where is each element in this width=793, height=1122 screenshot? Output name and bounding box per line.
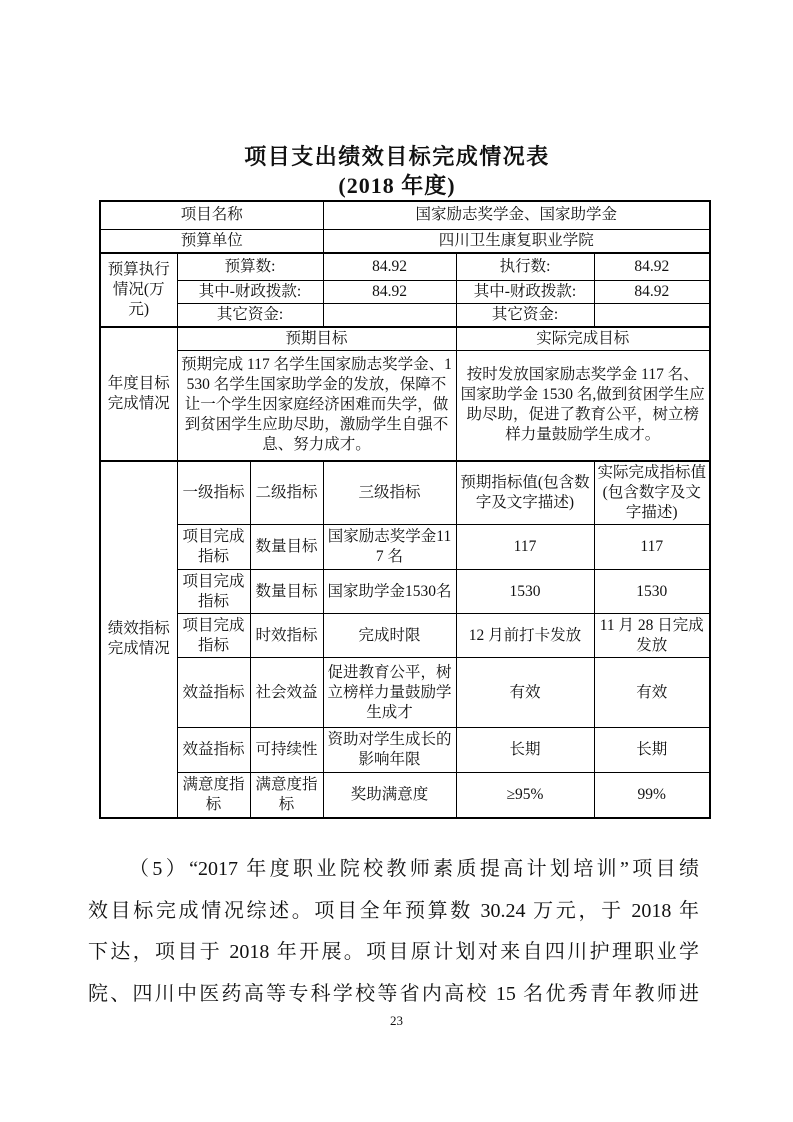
fiscal-right-value-cell: 84.92 [594,281,710,304]
indicator-expected-cell: 117 [456,525,594,570]
row-budget-2: 其中-财政拨款: 84.92 其中-财政拨款: 84.92 [100,281,710,304]
row-budget-1: 预算执行情况(万元) 预算数: 84.92 执行数: 84.92 [100,253,710,281]
indicator-l3-cell: 促进教育公平，树立榜样力量鼓励学生成才 [323,658,456,728]
actual-goal-header-cell: 实际完成目标 [456,327,710,351]
paragraph-line: 下达，项目于 2018 年开展。项目原计划对来自四川护理职业学 [88,932,699,974]
indicator-l2-cell: 数量目标 [250,570,323,614]
indicator-actual-cell: 1530 [594,570,710,614]
header-level1-cell: 一级指标 [177,461,250,525]
other-funds-left-label-cell: 其它资金: [177,304,323,328]
indicator-expected-cell: ≥95% [456,773,594,818]
indicator-l1-cell: 满意度指标 [177,773,250,818]
annual-goal-label-cell: 年度目标完成情况 [100,327,177,461]
indicator-actual-cell: 99% [594,773,710,818]
other-funds-left-value-cell [323,304,456,328]
paragraph-line: （5）“2017 年度职业院校教师素质提高计划培训”项目绩 [88,849,699,891]
row-goal-headers: 年度目标完成情况 预期目标 实际完成目标 [100,327,710,351]
indicator-l2-cell: 可持续性 [250,728,323,773]
other-funds-right-label-cell: 其它资金: [456,304,594,328]
indicator-row: 效益指标 可持续性 资助对学生成长的影响年限 长期 长期 [100,728,710,773]
indicator-l3-cell: 完成时限 [323,614,456,658]
indicator-actual-cell: 长期 [594,728,710,773]
indicator-row: 项目完成指标 时效指标 完成时限 12 月前打卡发放 11 月 28 日完成发放 [100,614,710,658]
indicator-l1-cell: 效益指标 [177,658,250,728]
actual-goal-text-cell: 按时发放国家励志奖学金 117 名、国家助学金 1530 名,做到贫困学生应助尽… [456,351,710,461]
indicator-l3-cell: 国家助学金1530名 [323,570,456,614]
indicator-l1-cell: 效益指标 [177,728,250,773]
indicator-actual-cell: 11 月 28 日完成发放 [594,614,710,658]
header-level2-cell: 二级指标 [250,461,323,525]
project-name-value-cell: 国家励志奖学金、国家助学金 [323,201,710,229]
fiscal-left-label-cell: 其中-财政拨款: [177,281,323,304]
header-level3-cell: 三级指标 [323,461,456,525]
indicator-expected-cell: 长期 [456,728,594,773]
fiscal-right-label-cell: 其中-财政拨款: [456,281,594,304]
header-actual-cell: 实际完成指标值(包含数字及文字描述) [594,461,710,525]
row-project-name: 项目名称 国家励志奖学金、国家助学金 [100,201,710,229]
row-budget-3: 其它资金: 其它资金: [100,304,710,328]
indicator-expected-cell: 有效 [456,658,594,728]
header-expected-cell: 预期指标值(包含数字及文字描述) [456,461,594,525]
budget-execution-label-cell: 预算执行情况(万元) [100,253,177,328]
indicator-l1-cell: 项目完成指标 [177,570,250,614]
expected-goal-text-cell: 预期完成 117 名学生国家励志奖学金、1530 名学生国家助学金的发放，保障不… [177,351,456,461]
indicator-l3-cell: 资助对学生成长的影响年限 [323,728,456,773]
row-goal-texts: 预期完成 117 名学生国家励志奖学金、1530 名学生国家助学金的发放，保障不… [100,351,710,461]
performance-target-table: 项目名称 国家励志奖学金、国家助学金 预算单位 四川卫生康复职业学院 预算执行情… [99,200,711,819]
page-number: 23 [0,1012,793,1030]
budget-unit-label-cell: 预算单位 [100,229,323,253]
paragraph-line: 效目标完成情况综述。项目全年预算数 30.24 万元，于 2018 年 [88,891,699,933]
indicator-expected-cell: 12 月前打卡发放 [456,614,594,658]
indicator-l3-cell: 国家励志奖学金117 名 [323,525,456,570]
performance-label-cell: 绩效指标完成情况 [100,461,177,818]
doc-title: 项目支出绩效目标完成情况表 [92,142,702,171]
row-indicator-headers: 绩效指标完成情况 一级指标 二级指标 三级指标 预期指标值(包含数字及文字描述)… [100,461,710,525]
project-name-label-cell: 项目名称 [100,201,323,229]
budget-amount-value-cell: 84.92 [323,253,456,281]
row-budget-unit: 预算单位 四川卫生康复职业学院 [100,229,710,253]
indicator-l2-cell: 社会效益 [250,658,323,728]
indicator-l2-cell: 满意度指标 [250,773,323,818]
indicator-l3-cell: 奖助满意度 [323,773,456,818]
expected-goal-header-cell: 预期目标 [177,327,456,351]
indicator-row: 项目完成指标 数量目标 国家助学金1530名 1530 1530 [100,570,710,614]
indicator-actual-cell: 有效 [594,658,710,728]
doc-subtitle: (2018 年度) [92,172,702,200]
executed-amount-value-cell: 84.92 [594,253,710,281]
indicator-l2-cell: 数量目标 [250,525,323,570]
budget-unit-value-cell: 四川卫生康复职业学院 [323,229,710,253]
indicator-row: 项目完成指标 数量目标 国家励志奖学金117 名 117 117 [100,525,710,570]
body-paragraph: （5）“2017 年度职业院校教师素质提高计划培训”项目绩 效目标完成情况综述。… [88,849,699,1015]
paragraph-line: 院、四川中医药高等专科学校等省内高校 15 名优秀青年教师进 [88,974,699,1016]
indicator-l2-cell: 时效指标 [250,614,323,658]
indicator-expected-cell: 1530 [456,570,594,614]
executed-amount-label-cell: 执行数: [456,253,594,281]
indicator-l1-cell: 项目完成指标 [177,614,250,658]
indicator-row: 满意度指标 满意度指标 奖助满意度 ≥95% 99% [100,773,710,818]
other-funds-right-value-cell [594,304,710,328]
fiscal-left-value-cell: 84.92 [323,281,456,304]
indicator-actual-cell: 117 [594,525,710,570]
indicator-row: 效益指标 社会效益 促进教育公平，树立榜样力量鼓励学生成才 有效 有效 [100,658,710,728]
budget-amount-label-cell: 预算数: [177,253,323,281]
indicator-l1-cell: 项目完成指标 [177,525,250,570]
